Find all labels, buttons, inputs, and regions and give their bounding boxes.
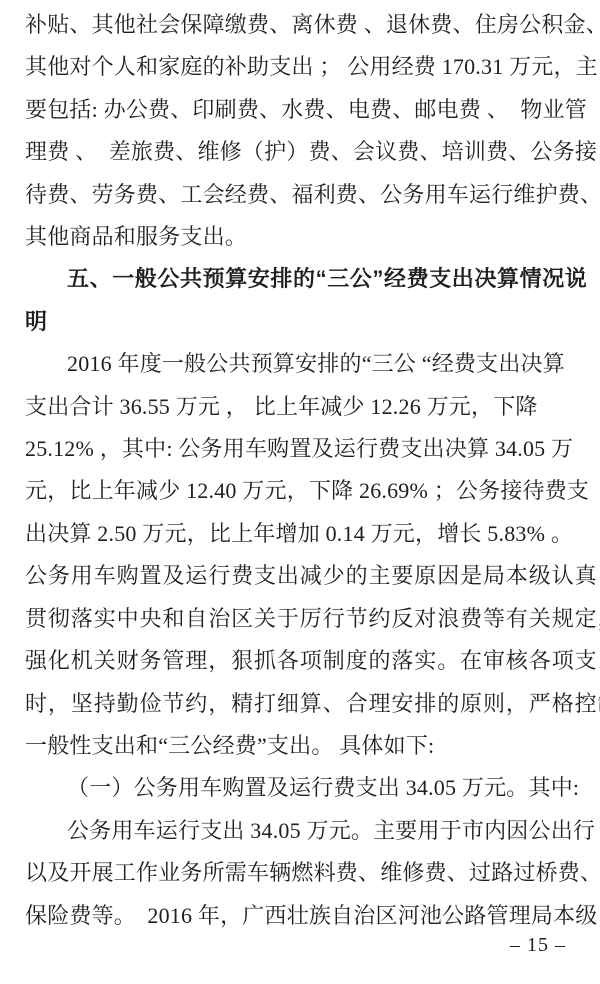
body-text-line: （一）公务用车购置及运行费支出 34.05 万元。其中: [25,767,577,809]
body-text-line: 理费 、 差旅费、维修（护）费、会议费、培训费、公务接 [25,131,577,173]
body-text-line: 待费、劳务费、工会经费、福利费、公务用车运行维护费、 [25,174,577,216]
body-text-line: 元，比上年减少 12.40 万元，下降 26.69% ；公务接待费支 [25,470,577,512]
body-text-line: 支出合计 36.55 万元 ， 比上年减少 12.26 万元，下降 [25,386,577,428]
body-text-line: 2016 年度一般公共预算安排的“三公 “经费支出决算 [25,343,577,385]
document-page: 补贴、其他社会保障缴费、离休费 、退休费、住房公积金、 其他对个人和家庭的补助支… [0,0,600,984]
body-text-line: 要包括: 办公费、印刷费、水费、电费、邮电费 、 物业管 [25,89,577,131]
body-text-line: 公务用车运行支出 34.05 万元。主要用于市内因公出行 [25,810,577,852]
body-text-line: 出决算 2.50 万元，比上年增加 0.14 万元，增长 5.83% 。 [25,513,577,555]
body-text-line: 贯彻落实中央和自治区关于厉行节约反对浪费等有关规定， [25,598,577,640]
body-text-line: 补贴、其他社会保障缴费、离休费 、退休费、住房公积金、 [25,4,577,46]
body-text-line: 保险费等。 2016 年，广西壮族自治区河池公路管理局本级 [25,895,577,937]
body-text-line: 其他对个人和家庭的补助支出 ； 公用经费 170.31 万元，主 [25,46,577,88]
section-heading-line: 明 [25,301,577,343]
body-text-line: 公务用车购置及运行费支出减少的主要原因是局本级认真 [25,555,577,597]
body-text-line: 强化机关财务管理，狠抓各项制度的落实。在审核各项支出 [25,640,577,682]
body-text-line: 以及开展工作业务所需车辆燃料费、维修费、过路过桥费、 [25,852,577,894]
body-text-line: 25.12% ，其中: 公务用车购置及运行费支出决算 34.05 万 [25,428,577,470]
page-number: – 15 – [510,934,566,957]
document-body: 补贴、其他社会保障缴费、离休费 、退休费、住房公积金、 其他对个人和家庭的补助支… [25,4,577,937]
body-text-line: 时，坚持勤俭节约，精打细算、合理安排的原则，严格控制 [25,683,577,725]
section-heading-line: 五、一般公共预算安排的“三公”经费支出决算情况说 [25,258,577,300]
body-text-line: 一般性支出和“三公经费”支出。 具体如下: [25,725,577,767]
body-text-line: 其他商品和服务支出。 [25,216,577,258]
